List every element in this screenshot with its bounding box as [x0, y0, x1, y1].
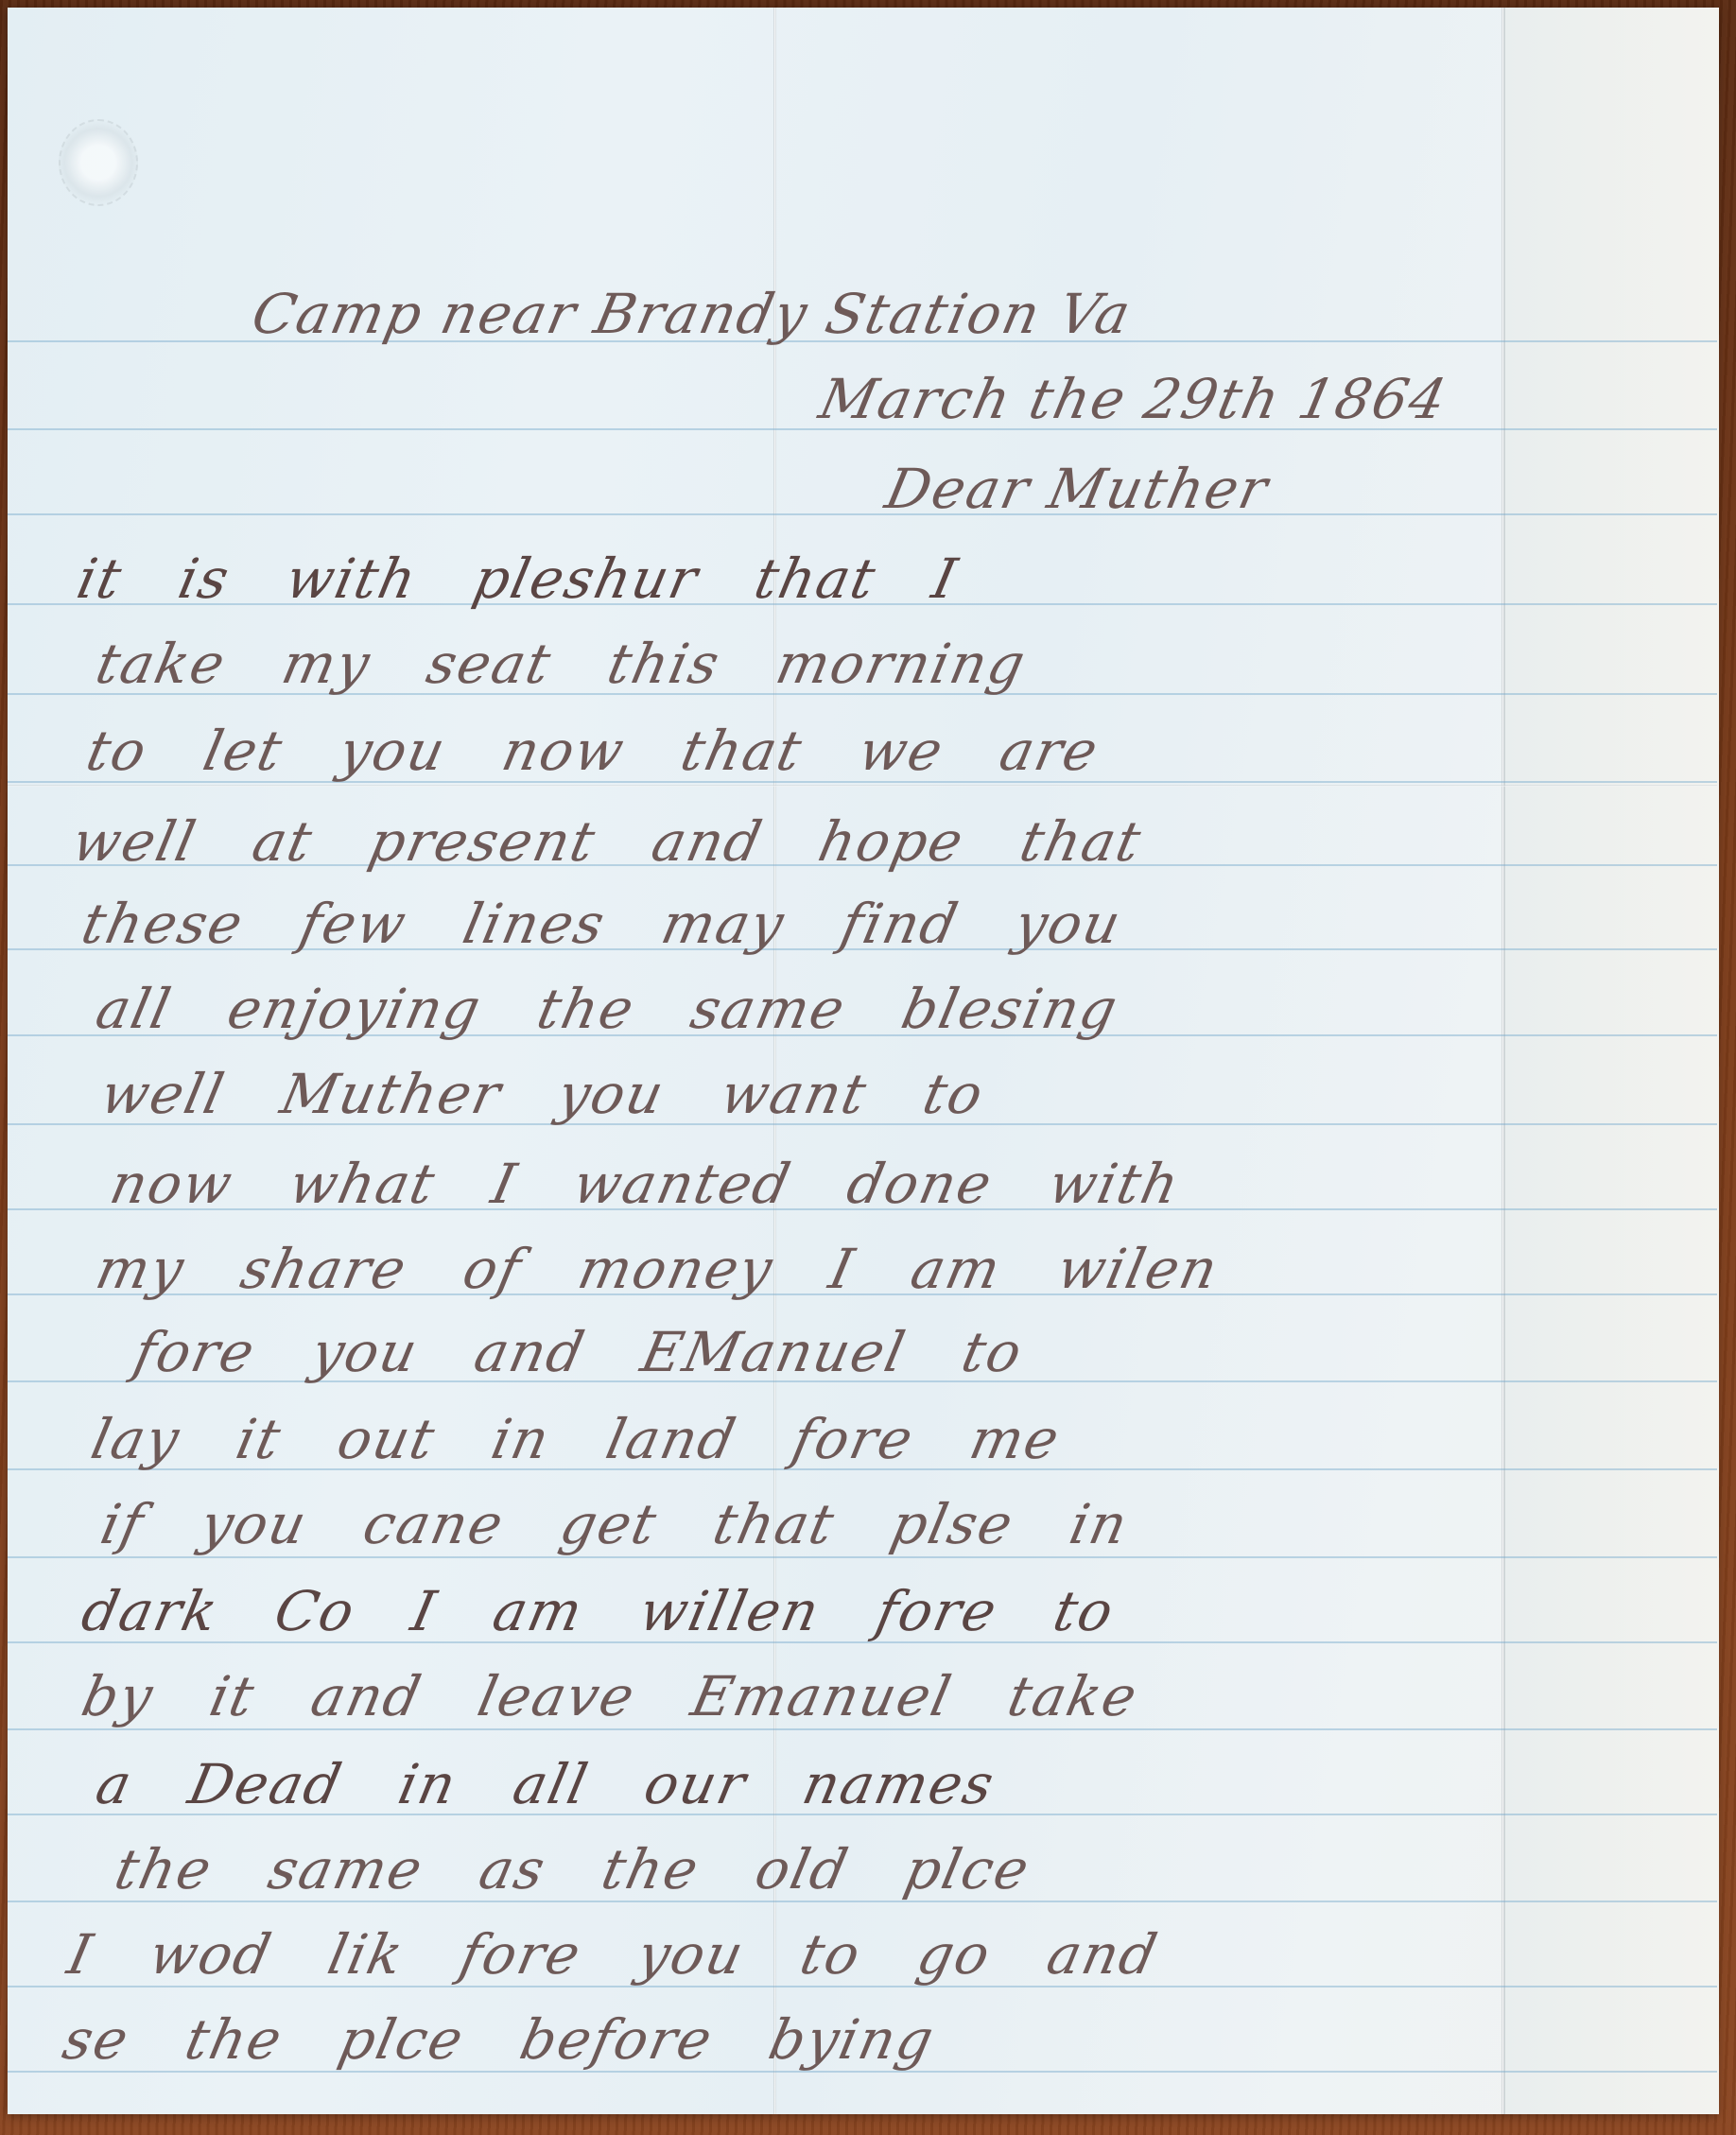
letter-place: Camp near Brandy Station Va [247, 282, 1137, 346]
ruled-line [8, 1728, 1717, 1730]
letter-line: it is with pleshur that I [72, 547, 964, 611]
letter-line: now what I wanted done with [105, 1152, 1187, 1216]
letter-paper: Camp near Brandy Station Va March the 29… [8, 8, 1717, 2114]
letter-line: to let you now that we are [81, 719, 1105, 783]
letter-line: my share of money I am wilen [91, 1237, 1224, 1301]
ruled-line [8, 1556, 1717, 1558]
letter-line: all enjoying the same blesing [91, 977, 1124, 1041]
vertical-fold-crease [1502, 8, 1504, 2114]
ruled-line [8, 513, 1717, 515]
letter-date: March the 29th 1864 [814, 367, 1453, 431]
letter-line: lay it out in land fore me [86, 1407, 1067, 1471]
letter-line: the same as the old plce [110, 1837, 1036, 1901]
letter-line: take my seat this morning [91, 632, 1033, 696]
letter-line: I wod lik fore you to go and [62, 1922, 1164, 1987]
letter-line: dark Co I am willen fore to [77, 1579, 1120, 1643]
letter-line: se the plce before bying [58, 2007, 941, 2072]
letter-line: if you cane get that plse in [95, 1492, 1135, 1556]
letter-line: well Muther you want to [95, 1062, 990, 1126]
folded-right-panel [1503, 8, 1719, 2114]
horizontal-fold-crease [8, 785, 1717, 787]
letter-line: a Dead in all our names [91, 1752, 1001, 1816]
letter-line: well at present and hope that [67, 809, 1148, 874]
letter-line: these few lines may find you [77, 892, 1128, 956]
letter-line: fore you and EManuel to [129, 1320, 1029, 1384]
embossed-seal-icon [59, 119, 138, 206]
letter-line: by it and leave Emanuel take [77, 1664, 1144, 1728]
letter-salutation: Dear Muther [880, 457, 1275, 521]
